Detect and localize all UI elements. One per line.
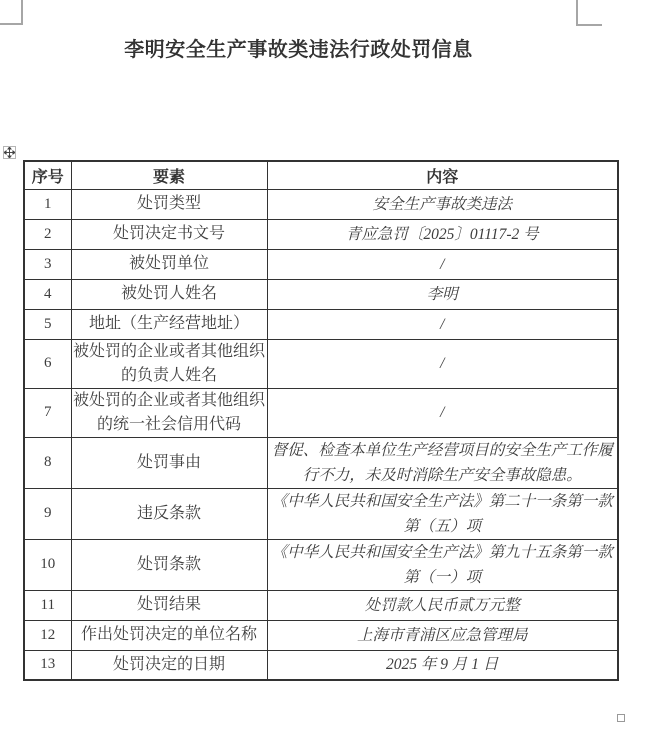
row-content-cell[interactable]: 《中华人民共和国安全生产法》第二十一条第一款第（五）项 bbox=[267, 488, 618, 539]
table-row: 7被处罚的企业或者其他组织的统一社会信用代码/ bbox=[24, 388, 618, 437]
move-arrows-icon bbox=[4, 147, 15, 158]
row-content-cell[interactable]: 督促、检查本单位生产经营项目的安全生产工作履行不力，未及时消除生产安全事故隐患。 bbox=[267, 437, 618, 488]
row-element-cell[interactable]: 处罚事由 bbox=[71, 437, 267, 488]
row-element-cell[interactable]: 被处罚的企业或者其他组织的负责人姓名 bbox=[71, 339, 267, 388]
header-cell-element[interactable]: 要素 bbox=[71, 161, 267, 189]
row-index-cell[interactable]: 4 bbox=[24, 279, 71, 309]
row-content-cell[interactable]: / bbox=[267, 339, 618, 388]
table-row: 8处罚事由督促、检查本单位生产经营项目的安全生产工作履行不力，未及时消除生产安全… bbox=[24, 437, 618, 488]
row-content-cell[interactable]: 处罚款人民币贰万元整 bbox=[267, 590, 618, 620]
row-element-cell[interactable]: 处罚结果 bbox=[71, 590, 267, 620]
row-index-cell[interactable]: 3 bbox=[24, 249, 71, 279]
row-index-cell[interactable]: 8 bbox=[24, 437, 71, 488]
row-content-cell[interactable]: 安全生产事故类违法 bbox=[267, 189, 618, 219]
table-row: 12作出处罚决定的单位名称上海市青浦区应急管理局 bbox=[24, 620, 618, 650]
row-element-cell[interactable]: 处罚决定书文号 bbox=[71, 219, 267, 249]
row-content-cell[interactable]: 上海市青浦区应急管理局 bbox=[267, 620, 618, 650]
table-row: 4被处罚人姓名李明 bbox=[24, 279, 618, 309]
header-cell-content[interactable]: 内容 bbox=[267, 161, 618, 189]
row-element-cell[interactable]: 处罚条款 bbox=[71, 539, 267, 590]
page-margin-mark-top-left bbox=[0, 0, 23, 25]
row-element-cell[interactable]: 处罚类型 bbox=[71, 189, 267, 219]
row-index-cell[interactable]: 6 bbox=[24, 339, 71, 388]
row-element-cell[interactable]: 地址（生产经营地址） bbox=[71, 309, 267, 339]
table-move-handle[interactable] bbox=[3, 146, 16, 159]
penalty-table-wrap: 序号 要素 内容 1处罚类型安全生产事故类违法2处罚决定书文号青应急罚〔2025… bbox=[23, 160, 619, 681]
row-index-cell[interactable]: 5 bbox=[24, 309, 71, 339]
row-content-cell[interactable]: / bbox=[267, 388, 618, 437]
row-element-cell[interactable]: 被处罚单位 bbox=[71, 249, 267, 279]
table-row: 2处罚决定书文号青应急罚〔2025〕01117-2 号 bbox=[24, 219, 618, 249]
row-content-cell[interactable]: 青应急罚〔2025〕01117-2 号 bbox=[267, 219, 618, 249]
table-row: 11处罚结果处罚款人民币贰万元整 bbox=[24, 590, 618, 620]
row-element-cell[interactable]: 被处罚的企业或者其他组织的统一社会信用代码 bbox=[71, 388, 267, 437]
table-row: 10处罚条款《中华人民共和国安全生产法》第九十五条第一款第（一）项 bbox=[24, 539, 618, 590]
table-row: 3被处罚单位/ bbox=[24, 249, 618, 279]
header-cell-index[interactable]: 序号 bbox=[24, 161, 71, 189]
document-page: { "page": { "title": "李明安全生产事故类违法行政处罚信息"… bbox=[0, 0, 645, 744]
row-content-cell[interactable]: / bbox=[267, 309, 618, 339]
table-body: 1处罚类型安全生产事故类违法2处罚决定书文号青应急罚〔2025〕01117-2 … bbox=[24, 189, 618, 680]
row-element-cell[interactable]: 违反条款 bbox=[71, 488, 267, 539]
row-element-cell[interactable]: 处罚决定的日期 bbox=[71, 650, 267, 680]
row-element-cell[interactable]: 被处罚人姓名 bbox=[71, 279, 267, 309]
table-row: 9违反条款《中华人民共和国安全生产法》第二十一条第一款第（五）项 bbox=[24, 488, 618, 539]
penalty-table: 序号 要素 内容 1处罚类型安全生产事故类违法2处罚决定书文号青应急罚〔2025… bbox=[23, 160, 619, 681]
document-content-area: 李明安全生产事故类违法行政处罚信息 bbox=[21, 0, 576, 62]
row-index-cell[interactable]: 2 bbox=[24, 219, 71, 249]
row-index-cell[interactable]: 12 bbox=[24, 620, 71, 650]
table-row: 13处罚决定的日期2025 年 9 月 1 日 bbox=[24, 650, 618, 680]
row-element-cell[interactable]: 作出处罚决定的单位名称 bbox=[71, 620, 267, 650]
row-index-cell[interactable]: 10 bbox=[24, 539, 71, 590]
table-row: 5地址（生产经营地址）/ bbox=[24, 309, 618, 339]
row-index-cell[interactable]: 7 bbox=[24, 388, 71, 437]
row-content-cell[interactable]: 李明 bbox=[267, 279, 618, 309]
row-index-cell[interactable]: 11 bbox=[24, 590, 71, 620]
page-title[interactable]: 李明安全生产事故类违法行政处罚信息 bbox=[21, 0, 576, 62]
row-content-cell[interactable]: 2025 年 9 月 1 日 bbox=[267, 650, 618, 680]
row-content-cell[interactable]: / bbox=[267, 249, 618, 279]
row-index-cell[interactable]: 1 bbox=[24, 189, 71, 219]
table-resize-handle[interactable] bbox=[617, 714, 625, 722]
table-row: 1处罚类型安全生产事故类违法 bbox=[24, 189, 618, 219]
page-margin-mark-top-right bbox=[576, 0, 602, 26]
row-index-cell[interactable]: 9 bbox=[24, 488, 71, 539]
row-content-cell[interactable]: 《中华人民共和国安全生产法》第九十五条第一款第（一）项 bbox=[267, 539, 618, 590]
table-header-row: 序号 要素 内容 bbox=[24, 161, 618, 189]
table-row: 6被处罚的企业或者其他组织的负责人姓名/ bbox=[24, 339, 618, 388]
row-index-cell[interactable]: 13 bbox=[24, 650, 71, 680]
